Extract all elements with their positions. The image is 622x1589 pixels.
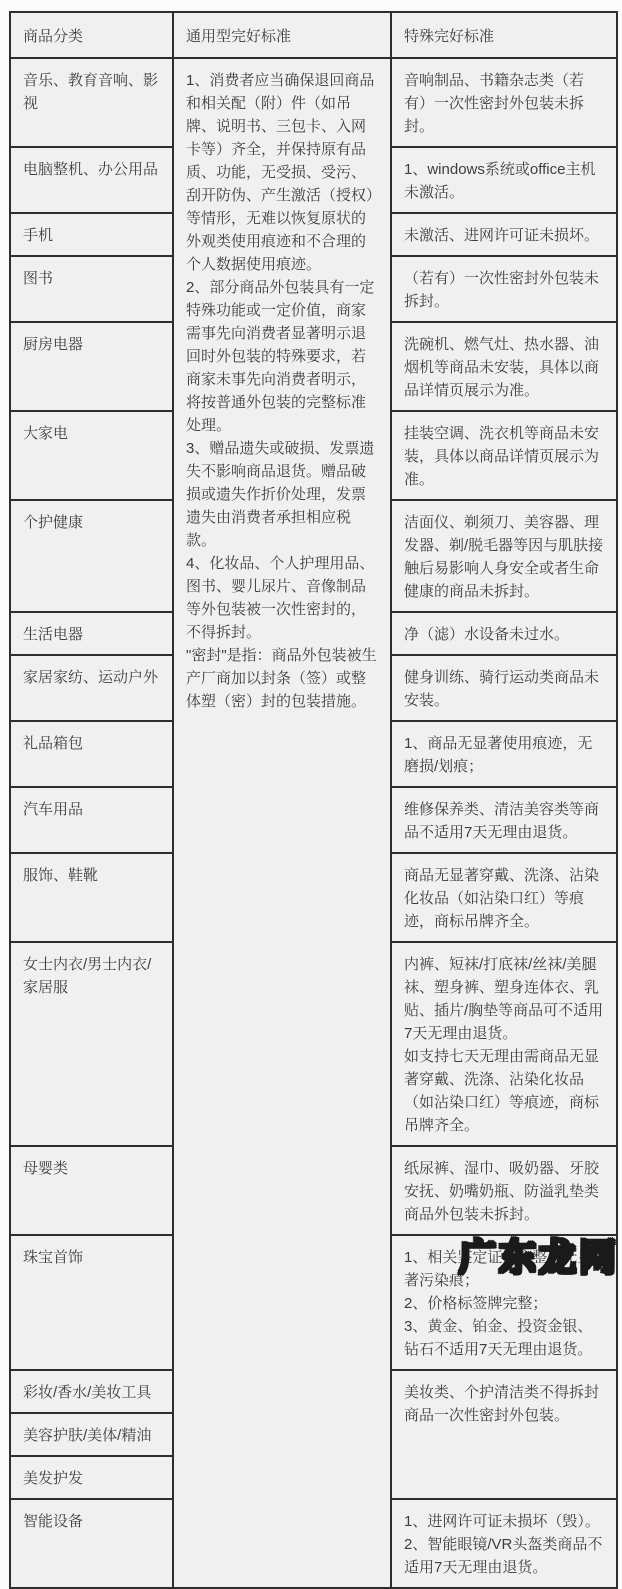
category-cell: 彩妆/香水/美妆工具: [10, 1370, 173, 1413]
special-standard-cell: 美妆类、个护清洁类不得拆封商品一次性密封外包装。: [391, 1370, 617, 1499]
special-standard-cell: 内裤、短袜/打底袜/丝袜/美腿袜、塑身裤、塑身连体衣、乳贴、插片/胸垫等商品可不…: [391, 942, 617, 1146]
table-row: 音乐、教育音响、影视 1、消费者应当确保退回商品和相关配（附）件（如吊牌、说明书…: [10, 58, 617, 147]
category-cell: 电脑整机、办公用品: [10, 147, 173, 213]
special-standard-cell: 洗碗机、燃气灶、热水器、油烟机等商品未安装，具体以商品详情页展示为准。: [391, 322, 617, 411]
special-standard-cell: 洁面仪、剃须刀、美容器、理发器、剃/脱毛器等因与肌肤接触后易影响人身安全或者生命…: [391, 500, 617, 612]
table-header-row: 商品分类 通用型完好标准 特殊完好标准: [10, 12, 617, 58]
general-standard-cell: 1、消费者应当确保退回商品和相关配（附）件（如吊牌、说明书、三包卡、入网卡等）齐…: [173, 58, 391, 1588]
category-cell: 美容护肤/美体/精油: [10, 1413, 173, 1456]
special-standard-cell: 维修保养类、清洁美容类等商品不适用7天无理由退货。: [391, 787, 617, 853]
category-cell: 汽车用品: [10, 787, 173, 853]
category-cell: 音乐、教育音响、影视: [10, 58, 173, 147]
category-cell: 厨房电器: [10, 322, 173, 411]
category-cell: 家居家纺、运动户外: [10, 655, 173, 721]
category-cell: 礼品箱包: [10, 721, 173, 787]
special-standard-cell: 1、商品无显著使用痕迹，无磨损/划痕；: [391, 721, 617, 787]
special-standard-cell: 未激活、进网许可证未损坏。: [391, 213, 617, 256]
special-standard-cell: 商品无显著穿戴、洗涤、沾染化妆品（如沾染口红）等痕迹，商标吊牌齐全。: [391, 853, 617, 942]
header-category: 商品分类: [10, 12, 173, 58]
category-cell: 智能设备: [10, 1499, 173, 1588]
category-cell: 服饰、鞋靴: [10, 853, 173, 942]
watermark: 广东龙网: [459, 1227, 619, 1281]
category-cell: 图书: [10, 256, 173, 322]
category-cell: 大家电: [10, 411, 173, 500]
special-standard-cell: 挂装空调、洗衣机等商品未安装，具体以商品详情页展示为准。: [391, 411, 617, 500]
return-standards-table: 商品分类 通用型完好标准 特殊完好标准 音乐、教育音响、影视 1、消费者应当确保…: [9, 11, 618, 1589]
special-standard-cell: 纸尿裤、湿巾、吸奶器、牙胶安抚、奶嘴奶瓶、防溢乳垫类商品外包装未拆封。: [391, 1146, 617, 1235]
special-standard-cell: 健身训练、骑行运动类商品未安装。: [391, 655, 617, 721]
special-standard-cell: 音响制品、书籍杂志类（若有）一次性密封外包装未拆封。: [391, 58, 617, 147]
special-standard-cell: 净（滤）水设备未过水。: [391, 612, 617, 655]
header-general-standard: 通用型完好标准: [173, 12, 391, 58]
special-standard-cell: 1、windows系统或office主机未激活。: [391, 147, 617, 213]
category-cell: 母婴类: [10, 1146, 173, 1235]
category-cell: 女士内衣/男士内衣/家居服: [10, 942, 173, 1146]
header-special-standard: 特殊完好标准: [391, 12, 617, 58]
category-cell: 美发护发: [10, 1456, 173, 1499]
category-cell: 手机: [10, 213, 173, 256]
category-cell: 个护健康: [10, 500, 173, 612]
special-standard-cell: （若有）一次性密封外包装未拆封。: [391, 256, 617, 322]
special-standard-cell: 1、进网许可证未损坏（毁）。 2、智能眼镜/VR头盔类商品不适用7天无理由退货。: [391, 1499, 617, 1588]
category-cell: 珠宝首饰: [10, 1235, 173, 1370]
category-cell: 生活电器: [10, 612, 173, 655]
